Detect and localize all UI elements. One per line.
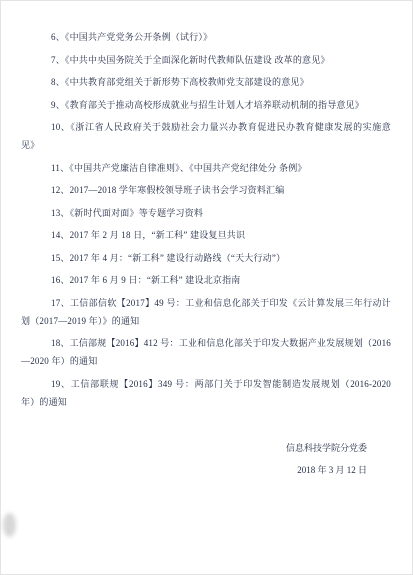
signature-block: 信息科技学院分党委 2018 年 3 月 12 日 xyxy=(21,439,391,479)
list-item: 14、2017 年 2 月 18 日，“新工科” 建设复旦共识 xyxy=(21,226,391,244)
list-item: 9、《教育部关于推动高校形成就业与招生计划人才培养联动机制的指导意见》 xyxy=(21,96,391,114)
reading-material-list: 6、《中国共产党党务公开条例（试行）》 7、《中共中央国务院关于全面深化新时代教… xyxy=(21,28,391,411)
list-item: 8、《中共教育部党组关于新形势下高校教师党支部建设的意见》 xyxy=(21,73,391,91)
list-item: 10、《浙江省人民政府关于鼓励社会力量兴办教育促进民办教育健康发展的实施意见》 xyxy=(21,118,391,154)
signature: 信息科技学院分党委 xyxy=(21,439,367,457)
scan-artifact xyxy=(3,513,16,537)
list-item: 18、工信部规【2016】412 号：工业和信息化部关于印发大数据产业发展规划（… xyxy=(21,334,391,370)
list-item: 19、工信部联规【2016】349 号：两部门关于印发智能制造发展规划（2016… xyxy=(21,375,391,411)
list-item: 15、2017 年 4 月：“新工科” 建设行动路线（“天大行动”） xyxy=(21,249,391,267)
list-item: 12、2017—2018 学年寒假校领导班子读书会学习资料汇编 xyxy=(21,181,391,199)
list-item: 11、《中国共产党廉洁自律准则》、《中国共产党纪律处分 条例》 xyxy=(21,159,391,177)
list-item: 13、《新时代面对面》等专题学习资料 xyxy=(21,204,391,222)
document-page: 6、《中国共产党党务公开条例（试行）》 7、《中共中央国务院关于全面深化新时代教… xyxy=(0,0,413,575)
list-item: 7、《中共中央国务院关于全面深化新时代教师队伍建设 改革的意见》 xyxy=(21,51,391,69)
list-item: 16、2017 年 6 月 9 日：“新工科” 建设北京指南 xyxy=(21,271,391,289)
date: 2018 年 3 月 12 日 xyxy=(21,461,367,479)
list-item: 6、《中国共产党党务公开条例（试行）》 xyxy=(21,28,391,46)
list-item: 17、工信部信软【2017】49 号：工业和信息化部关于印发《云计算发展三年行动… xyxy=(21,294,391,330)
